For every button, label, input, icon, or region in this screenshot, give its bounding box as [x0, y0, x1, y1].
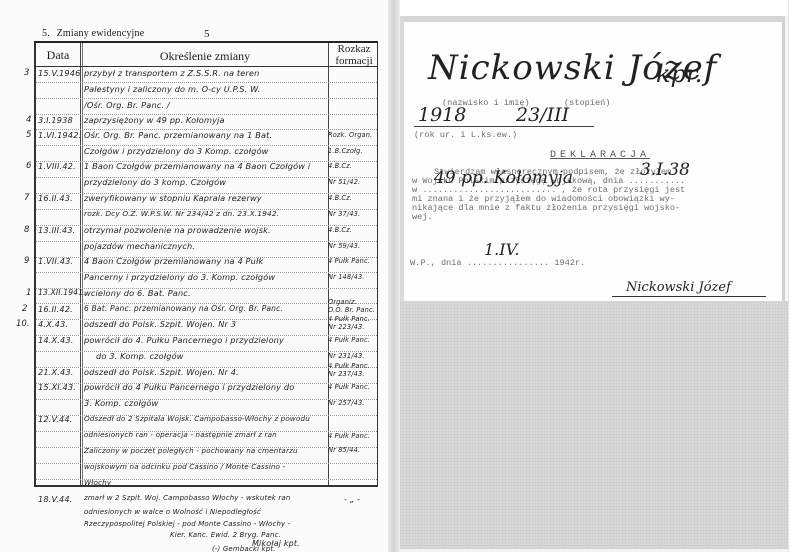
row-text: Rzeczypospolitej Polskiej - pod Monte Ca…	[84, 520, 290, 528]
row-order: 4.B.Cz.	[328, 162, 352, 170]
row-text: Odszedł do 2 Szpitala Wojsk. Campobasso-…	[84, 414, 310, 423]
row-text: odszedł do Polsk. Szpit. Wojen. Nr 3	[84, 319, 236, 329]
row-order: 4 Pułk Panc.	[328, 257, 370, 265]
row-text: odniesionych w walce o Wolność i Niepodl…	[84, 508, 261, 516]
table-header: Data Określenie zmiany Rozkaz formacji	[36, 43, 377, 67]
row-date: 15.V.1946	[38, 68, 90, 78]
row-text: przydzielony do 3 komp. Czołgów	[84, 177, 226, 187]
row-order: O.O. Br. Panc.	[328, 306, 375, 314]
row-order: Nr 59/43.	[328, 242, 360, 250]
row-order: Nr 148/43.	[328, 273, 365, 281]
row-order: 4.B.Cz.	[328, 194, 352, 202]
row-order: Nr 37/43.	[328, 210, 360, 218]
row-date: 15.XI.43.	[38, 382, 90, 392]
row-number: 6	[26, 161, 31, 171]
row-order: 4 Pułk Panc.	[328, 336, 370, 344]
row-order: 4 Pułk Panc.	[328, 362, 370, 370]
row-date: 1.VIII.42.	[38, 161, 90, 171]
row-number: 2	[22, 304, 27, 314]
rank-handwritten: kpr.	[656, 60, 702, 88]
officer-signature: (-) Gembacki kpt.	[212, 545, 276, 552]
row-date: 1.VI.1942.	[38, 130, 90, 140]
row-order: Nr 223/43.	[328, 323, 365, 331]
row-number: 5	[26, 130, 31, 140]
row-order: Nr 237/43.	[328, 370, 365, 378]
row-text: Włochy	[84, 478, 111, 487]
handwritten-unit: 49 pp. Kołomyja	[434, 168, 573, 188]
row-order: Nr 51/42.	[328, 178, 360, 186]
document-title: DEKLARACJA	[550, 150, 650, 161]
row-text: Czołgów i przydzielony do 3 Komp. czołgó…	[84, 146, 269, 156]
row-date: 18.V.44.	[38, 494, 73, 504]
page-margin	[400, 0, 800, 16]
row-text: 3. Komp. czołgów	[84, 398, 158, 408]
label-reg: (rok ur. i L.ks.ew.)	[414, 130, 517, 140]
row-rule	[36, 351, 377, 352]
row-text: 6 Bat. Panc. przemianowany na Ośr. Org. …	[84, 304, 283, 313]
row-text: /Ośr. Org. Br. Panc. /	[84, 100, 170, 110]
row-number: 8	[24, 225, 29, 235]
header-date: Data	[36, 49, 80, 62]
reg-number: 23/III	[516, 104, 569, 126]
declaration-text: wej.	[412, 212, 433, 222]
row-number: 10.	[16, 319, 30, 329]
row-number: 4	[26, 115, 31, 125]
row-order: Rozk. Organ.	[328, 131, 372, 139]
row-date: 16.II.43.	[38, 193, 90, 203]
row-order: Organiz.	[328, 298, 357, 306]
blank-scan-area	[400, 301, 788, 549]
row-text: wojskowym na odcinku pod Cassino / Monte…	[84, 462, 285, 471]
handwritten-oath-date: 3.I.38	[640, 160, 690, 180]
header-description: Określenie zmiany	[82, 50, 328, 63]
row-text: do 3. Komp. czołgów	[96, 351, 184, 361]
row-text: Pancerny i przydzielony do 3. Komp. czoł…	[84, 272, 275, 282]
page-gutter	[388, 0, 400, 552]
row-number: 1	[26, 288, 31, 298]
bottom-signature: Nickowski Józef	[626, 280, 731, 295]
row-number: 7	[24, 193, 29, 203]
signature-line	[612, 296, 766, 297]
row-text: pojazdów mechanicznych.	[84, 241, 195, 251]
row-rule	[36, 82, 377, 83]
row-order: - „ -	[344, 494, 360, 504]
row-date: 3.I.1938	[38, 115, 90, 125]
row-order: Nr 85/44.	[328, 446, 360, 454]
row-order: 1.B.Czołg.	[328, 147, 363, 155]
row-date: 4.X.43.	[38, 319, 90, 329]
row-date: 13.XII.1941.	[38, 288, 90, 297]
row-text: 4 Baon Czołgów przemianowany na 4 Pułk	[84, 256, 263, 266]
row-text: rozk. Dcy O.Z. W.P.S.W. Nr 234/42 z dn. …	[84, 209, 279, 218]
row-date: 1.VII.43.	[38, 256, 90, 266]
row-date: 14.X.43.	[38, 335, 90, 345]
row-text: zaprzysiężony w 49 pp. Kołomyja	[84, 115, 225, 125]
page-margin	[788, 0, 800, 552]
row-order: Nr 231/43.	[328, 352, 365, 360]
row-text: zmarł w 2 Szpit. Woj. Campobasso Włochy …	[84, 494, 290, 502]
row-text: 1 Baon Czołgów przemianowany na 4 Baon C…	[84, 161, 310, 171]
row-order: 4.B.Cz.	[328, 226, 352, 234]
row-text: wcielony do 6. Bat. Panc.	[84, 288, 191, 298]
row-number: 9	[24, 256, 29, 266]
row-rule	[36, 98, 377, 99]
row-date: 16.II.42.	[38, 304, 90, 314]
row-text: odniesionych ran - operacja - następnie …	[84, 430, 277, 439]
birth-year: 1918	[418, 104, 466, 126]
row-text: zweryfikowany w stopniu Kaprala rezerwy	[84, 193, 262, 203]
row-text: powrócił do 4. Pułku Pancernego i przydz…	[84, 335, 284, 345]
row-text: powrócił do 4 Pułku Pancernego i przydzi…	[84, 382, 294, 392]
label-rank: (stopień)	[564, 98, 610, 108]
row-order: 4 Pułk Panc.	[328, 315, 370, 323]
row-text: Zaliczony w poczet poległych - pochowany…	[84, 446, 298, 455]
header-order: Rozkaz formacji	[328, 44, 380, 67]
row-text: Palestyny i zaliczony do m. O-cy U.P.S. …	[84, 84, 261, 94]
row-date: 12.V.44.	[38, 414, 90, 424]
handwritten-day: 1.IV.	[484, 240, 519, 259]
row-text: Kier. Kanc. Ewid. 2 Bryg. Panc.	[170, 531, 281, 539]
left-page-ledger: 5. Zmiany ewidencyjne 5 Data Określenie …	[0, 0, 392, 552]
row-text: otrzymał pozwolenie na prowadzenie wojsk…	[84, 225, 271, 235]
place-date-line: W.P., dnia ................ 1942r.	[410, 258, 585, 268]
divider	[414, 126, 594, 127]
row-order: 4 Pułk Panc.	[328, 432, 370, 440]
row-text: przybył z transportem z Z.S.S.R. na tere…	[84, 68, 259, 78]
row-number: 3	[24, 68, 29, 78]
declaration-text: nikające dla mnie z faktu złożenia przys…	[412, 203, 680, 213]
declaration-card: Nickowski Józef kpr. (nazwisko i imię) (…	[400, 16, 785, 301]
row-date: 13.III.43.	[38, 225, 90, 235]
row-order: 4 Pułk Panc.	[328, 383, 370, 391]
right-page-declaration: Nickowski Józef kpr. (nazwisko i imię) (…	[400, 0, 800, 552]
row-date: 21.X.43.	[38, 367, 90, 377]
row-text: Ośr. Org. Br. Panc. przemianowany na 1 B…	[84, 130, 272, 140]
page-number: 5	[204, 28, 210, 40]
row-text: odszedł do Polsk. Szpit. Wojen. Nr 4.	[84, 367, 239, 377]
row-order: Nr 257/43.	[328, 399, 365, 407]
section-title: 5. Zmiany ewidencyjne	[42, 28, 144, 39]
